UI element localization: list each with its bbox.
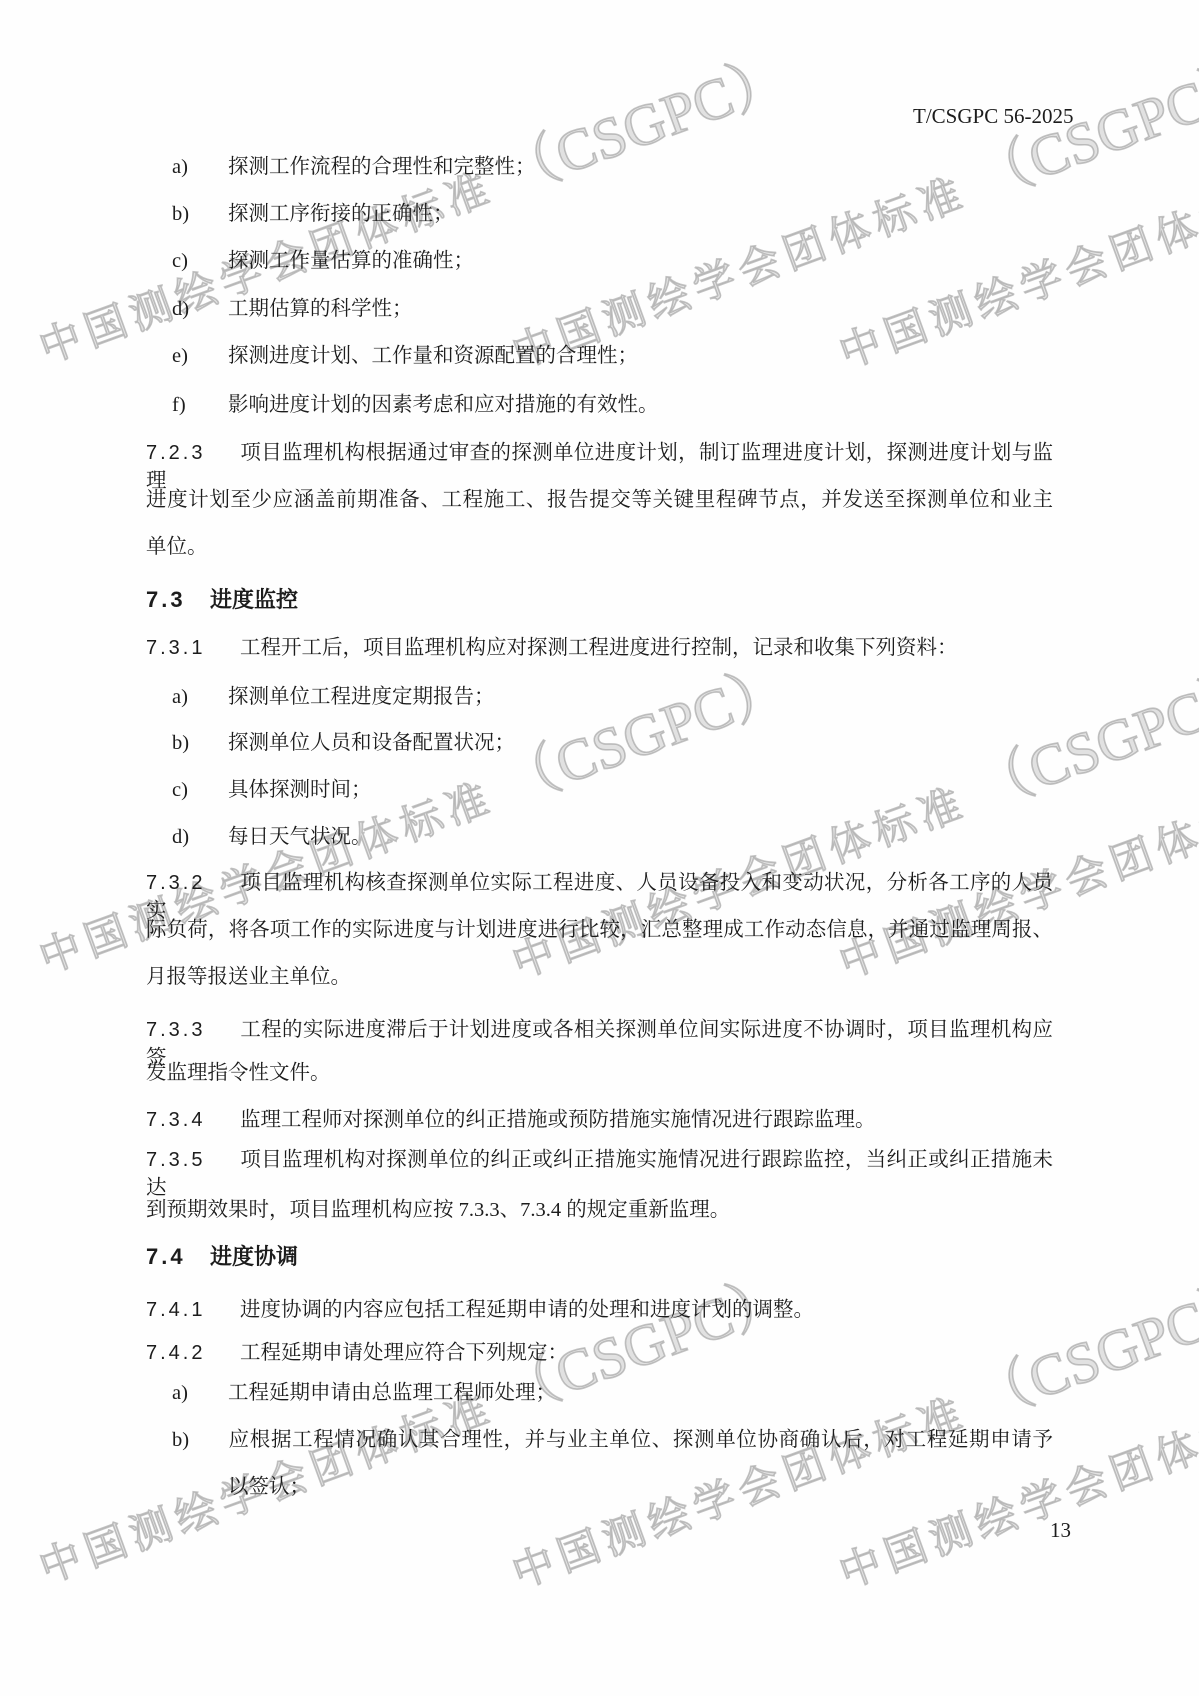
section-title: 进度监控 [210, 587, 298, 612]
watermark: 中国测绘学会团体标准（CSGPC） [501, 659, 1199, 1005]
clause-7-3-1: 7.3.1工程开工后，项目监理机构应对探测工程进度进行控制，记录和收集下列资料： [146, 634, 958, 662]
clause-text: 项目监理机构根据通过审查的探测单位进度计划，制订监理进度计划，探测进度计划与监理 [146, 442, 1053, 492]
page-number: 13 [1050, 1518, 1071, 1543]
list-marker: b) [172, 200, 228, 228]
clause-7-3-5-line-1: 7.3.5项目监理机构对探测单位的纠正或纠正措施实施情况进行跟踪监控，当纠正或纠… [146, 1146, 1053, 1202]
clause-text: 际负荷，将各项工作的实际进度与计划进度进行比较，汇总整理成工作动态信息，并通过监… [146, 919, 1053, 941]
clause-text: 月报等报送业主单位。 [146, 966, 351, 988]
list-text: 探测工作流程的合理性和完整性； [228, 156, 536, 178]
section-number: 7.3 [146, 586, 210, 614]
clause-7-4-2: 7.4.2工程延期申请处理应符合下列规定： [146, 1339, 568, 1367]
clause-text: 单位。 [146, 536, 208, 558]
clause-7-2-3-line-2: 进度计划至少应涵盖前期准备、工程施工、报告提交等关键里程碑节点，并发送至探测单位… [146, 486, 1053, 514]
list-item: a)工程延期申请由总监理工程师处理； [172, 1379, 556, 1407]
list-marker: d) [172, 295, 228, 323]
section-heading-7-4: 7.4进度协调 [146, 1243, 298, 1271]
list-text: 应根据工程情况确认其合理性，并与业主单位、探测单位协商确认后，对工程延期申请予 [228, 1429, 1053, 1451]
list-item: c)具体探测时间； [172, 776, 372, 804]
clause-number: 7.3.3 [146, 1016, 240, 1044]
list-text: 每日天气状况。 [228, 826, 372, 848]
list-item: f)影响进度计划的因素考虑和应对措施的有效性。 [172, 391, 659, 419]
clause-7-3-4: 7.3.4监理工程师对探测单位的纠正措施或预防措施实施情况进行跟踪监理。 [146, 1106, 876, 1134]
list-marker: a) [172, 1379, 228, 1407]
list-item: b)应根据工程情况确认其合理性，并与业主单位、探测单位协商确认后，对工程延期申请… [172, 1426, 1053, 1454]
clause-number: 7.3.5 [146, 1146, 240, 1174]
clause-text: 监理工程师对探测单位的纠正措施或预防措施实施情况进行跟踪监理。 [240, 1109, 876, 1131]
document-page: 中国测绘学会团体标准（CSGPC） 中国测绘学会团体标准（CSGPC） 中国测绘… [0, 0, 1199, 1696]
list-marker: a) [172, 683, 228, 711]
clause-text: 进度协调的内容应包括工程延期申请的处理和进度计划的调整。 [240, 1299, 814, 1321]
clause-7-3-5-line-2: 到预期效果时，项目监理机构应按 7.3.3、7.3.4 的规定重新监理。 [146, 1196, 730, 1224]
list-text: 工程延期申请由总监理工程师处理； [228, 1382, 556, 1404]
clause-7-3-2-line-3: 月报等报送业主单位。 [146, 963, 351, 991]
list-marker: b) [172, 1426, 228, 1454]
clause-7-3-2-line-2: 际负荷，将各项工作的实际进度与计划进度进行比较，汇总整理成工作动态信息，并通过监… [146, 916, 1053, 944]
list-item: d)工期估算的科学性； [172, 295, 413, 323]
list-marker: e) [172, 342, 228, 370]
list-item: d)每日天气状况。 [172, 823, 372, 851]
list-text: 工期估算的科学性； [228, 298, 413, 320]
doc-code-header: T/CSGPC 56-2025 [913, 104, 1073, 129]
clause-number: 7.4.2 [146, 1339, 240, 1367]
list-marker: c) [172, 247, 228, 275]
list-text: 探测进度计划、工作量和资源配置的合理性； [228, 345, 638, 367]
clause-text: 工程开工后，项目监理机构应对探测工程进度进行控制，记录和收集下列资料： [240, 637, 958, 659]
section-number: 7.4 [146, 1243, 210, 1271]
clause-number: 7.3.1 [146, 634, 240, 662]
list-item-continuation: 以签认； [228, 1473, 310, 1501]
list-marker: f) [172, 391, 228, 419]
clause-text: 项目监理机构核查探测单位实际工程进度、人员设备投入和变动状况，分析各工序的人员实 [146, 872, 1053, 922]
list-item: a)探测单位工程进度定期报告； [172, 683, 495, 711]
clause-text: 发监理指令性文件。 [146, 1062, 331, 1084]
section-title: 进度协调 [210, 1244, 298, 1269]
list-marker: b) [172, 729, 228, 757]
clause-7-2-3-line-3: 单位。 [146, 533, 208, 561]
list-text: 探测单位人员和设备配置状况； [228, 732, 515, 754]
clause-7-3-3-line-2: 发监理指令性文件。 [146, 1059, 331, 1087]
list-text: 具体探测时间； [228, 779, 372, 801]
list-text: 探测单位工程进度定期报告； [228, 686, 495, 708]
list-marker: a) [172, 153, 228, 181]
clause-number: 7.3.2 [146, 869, 240, 897]
watermark: 中国测绘学会团体标准（CSGPC） [828, 49, 1199, 395]
list-item: a)探测工作流程的合理性和完整性； [172, 153, 536, 181]
section-heading-7-3: 7.3进度监控 [146, 586, 298, 614]
clause-text: 到预期效果时，项目监理机构应按 7.3.3、7.3.4 的规定重新监理。 [146, 1199, 730, 1221]
list-text: 影响进度计划的因素考虑和应对措施的有效性。 [228, 394, 659, 416]
list-item: b)探测单位人员和设备配置状况； [172, 729, 515, 757]
clause-number: 7.3.4 [146, 1106, 240, 1134]
list-item: b)探测工序衔接的正确性； [172, 200, 454, 228]
list-item: e)探测进度计划、工作量和资源配置的合理性； [172, 342, 638, 370]
clause-text: 项目监理机构对探测单位的纠正或纠正措施实施情况进行跟踪监控，当纠正或纠正措施未达 [146, 1149, 1053, 1199]
list-marker: d) [172, 823, 228, 851]
watermark: 中国测绘学会团体标准（CSGPC） [828, 659, 1199, 1005]
list-item: c)探测工作量估算的准确性； [172, 247, 474, 275]
list-marker: c) [172, 776, 228, 804]
clause-text: 工程延期申请处理应符合下列规定： [240, 1342, 568, 1364]
list-text: 探测工序衔接的正确性； [228, 203, 454, 225]
clause-7-4-1: 7.4.1进度协调的内容应包括工程延期申请的处理和进度计划的调整。 [146, 1296, 814, 1324]
clause-number: 7.2.3 [146, 439, 240, 467]
list-text: 探测工作量估算的准确性； [228, 250, 474, 272]
list-text: 以签认； [228, 1476, 310, 1498]
clause-number: 7.4.1 [146, 1296, 240, 1324]
clause-text: 进度计划至少应涵盖前期准备、工程施工、报告提交等关键里程碑节点，并发送至探测单位… [146, 489, 1053, 511]
